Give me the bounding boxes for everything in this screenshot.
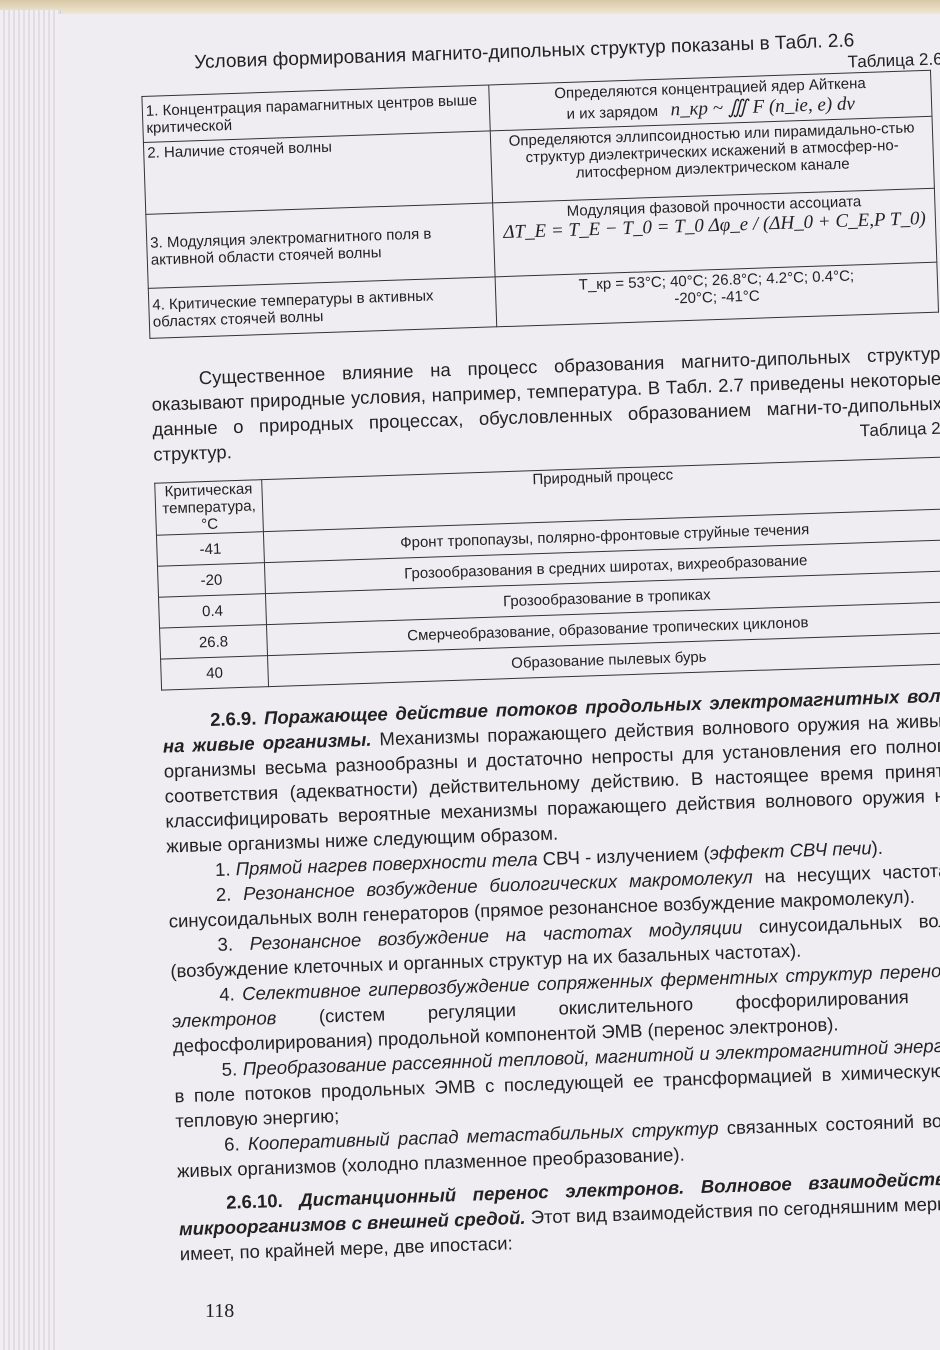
item-text: СВЧ - излучением (	[537, 843, 710, 870]
item-number: 5.	[221, 1058, 237, 1080]
item-emphasis-2: эффект СВЧ печи	[709, 837, 872, 863]
condition-cell: 3. Модуляция электромагнитного поля в ак…	[146, 203, 495, 288]
section-2-6-9: 2.6.9. Поражающее действие потоков продо…	[162, 682, 940, 858]
formula: n_кр ~ ∭ F (n_iе, e) dv	[670, 93, 855, 120]
condition-cell: 2. Наличие стоячей волны	[143, 131, 492, 214]
item-number: 1.	[215, 858, 231, 880]
header-temperature: Критическая температура, °C	[155, 480, 264, 536]
item-number: 4.	[219, 983, 235, 1005]
page-stack-edge	[0, 10, 61, 1350]
page-number: 118	[205, 1300, 234, 1323]
section-number: 2.6.10.	[226, 1190, 283, 1213]
item-number: 3.	[217, 933, 233, 955]
temp-cell: 40	[161, 656, 269, 691]
table-2-6: 1. Концентрация парамагнитных центров вы…	[141, 70, 939, 339]
temp-cell: -20	[157, 563, 265, 598]
item-number: 6.	[224, 1133, 240, 1155]
item-tail: ).	[871, 837, 883, 858]
description-text-2: и их зарядом	[566, 103, 658, 123]
temp-cell: -41	[156, 532, 264, 567]
condition-cell: 4. Критические температуры в активных об…	[148, 277, 497, 338]
book-top-edge	[0, 0, 940, 14]
page-content: Условия формирования магнито-дипольных с…	[140, 28, 940, 1267]
temp-cell: 0.4	[159, 594, 267, 629]
temp-cell: 26.8	[160, 625, 268, 660]
table-2-7: Критическая температура, °C Природный пр…	[154, 457, 940, 691]
item-number: 2.	[216, 883, 232, 905]
section-number: 2.6.9.	[210, 708, 257, 731]
